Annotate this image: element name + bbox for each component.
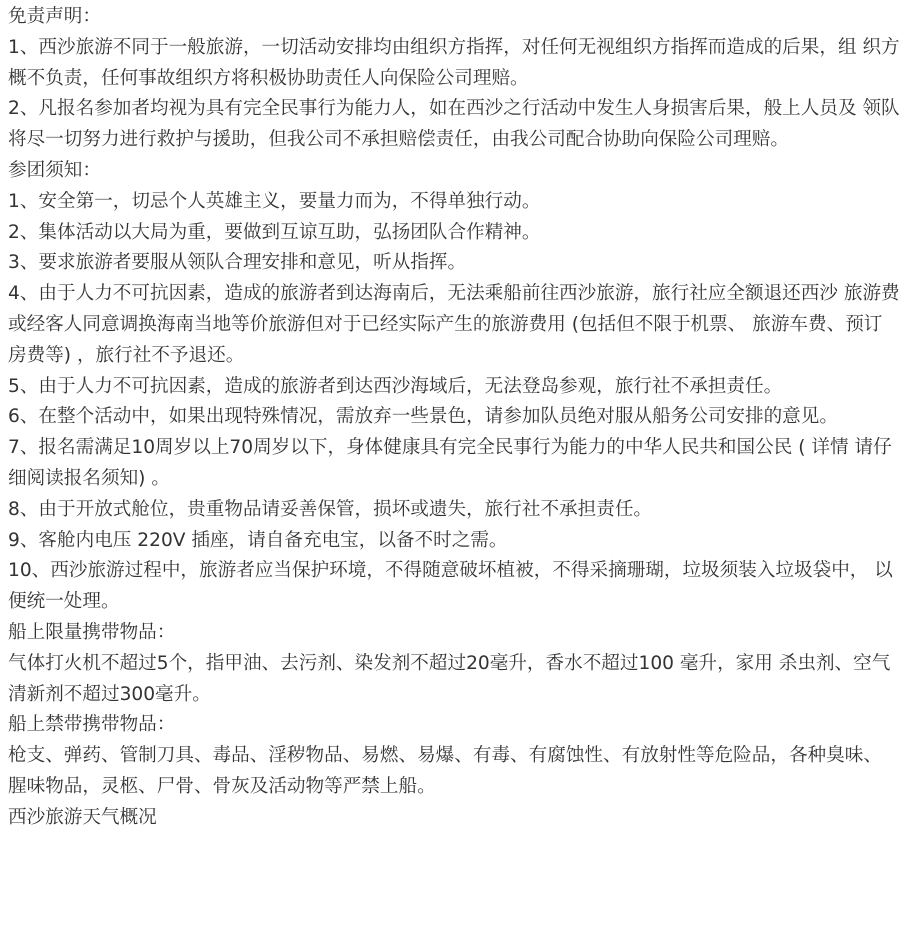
notice-item: 9、客舱内电压 220V 插座，请自备充电宝，以备不时之需。 xyxy=(8,526,900,557)
notice-item: 2、集体活动以大局为重，要做到互谅互助，弘扬团队合作精神。 xyxy=(8,218,900,249)
prohibited-items-text: 枪支、弹药、管制刀具、毒品、淫秽物品、易燃、易爆、有毒、有腐蚀性、有放射性等危险… xyxy=(8,741,900,803)
notice-item: 8、由于开放式舱位，贵重物品请妥善保管，损坏或遗失，旅行社不承担责任。 xyxy=(8,495,900,526)
notice-item: 6、在整个活动中，如果出现特殊情况，需放弃一些景色，请参加队员绝对服从船务公司安… xyxy=(8,402,900,433)
disclaimer-item: 1、西沙旅游不同于一般旅游，一切活动安排均由组织方指挥，对任何无视组织方指挥而造… xyxy=(8,33,900,95)
disclaimer-item: 2、凡报名参加者均视为具有完全民事行为能力人，如在西沙之行活动中发生人身损害后果… xyxy=(8,94,900,156)
notice-item: 4、由于人力不可抗因素，造成的旅游者到达海南后，无法乘船前往西沙旅游，旅行社应全… xyxy=(8,279,900,371)
document-body: 免责声明： 1、西沙旅游不同于一般旅游，一切活动安排均由组织方指挥，对任何无视组… xyxy=(0,0,900,834)
notice-item: 10、西沙旅游过程中，旅游者应当保护环境，不得随意破坏植被，不得采摘珊瑚，垃圾须… xyxy=(8,556,900,618)
notice-item: 3、要求旅游者要服从领队合理安排和意见，听从指挥。 xyxy=(8,248,900,279)
notice-item: 7、报名需满足10周岁以上70周岁以下，身体健康具有完全民事行为能力的中华人民共… xyxy=(8,433,900,495)
prohibited-items-heading: 船上禁带携带物品： xyxy=(8,710,900,741)
notice-item: 1、安全第一，切忌个人英雄主义，要量力而为，不得单独行动。 xyxy=(8,187,900,218)
disclaimer-heading: 免责声明： xyxy=(8,2,900,33)
limited-items-heading: 船上限量携带物品： xyxy=(8,618,900,649)
notice-heading: 参团须知： xyxy=(8,156,900,187)
notice-item: 5、由于人力不可抗因素，造成的旅游者到达西沙海域后，无法登岛参观，旅行社不承担责… xyxy=(8,372,900,403)
limited-items-text: 气体打火机不超过5个，指甲油、去污剂、染发剂不超过20毫升，香水不超过100 毫… xyxy=(8,649,900,711)
weather-heading: 西沙旅游天气概况 xyxy=(8,803,900,834)
